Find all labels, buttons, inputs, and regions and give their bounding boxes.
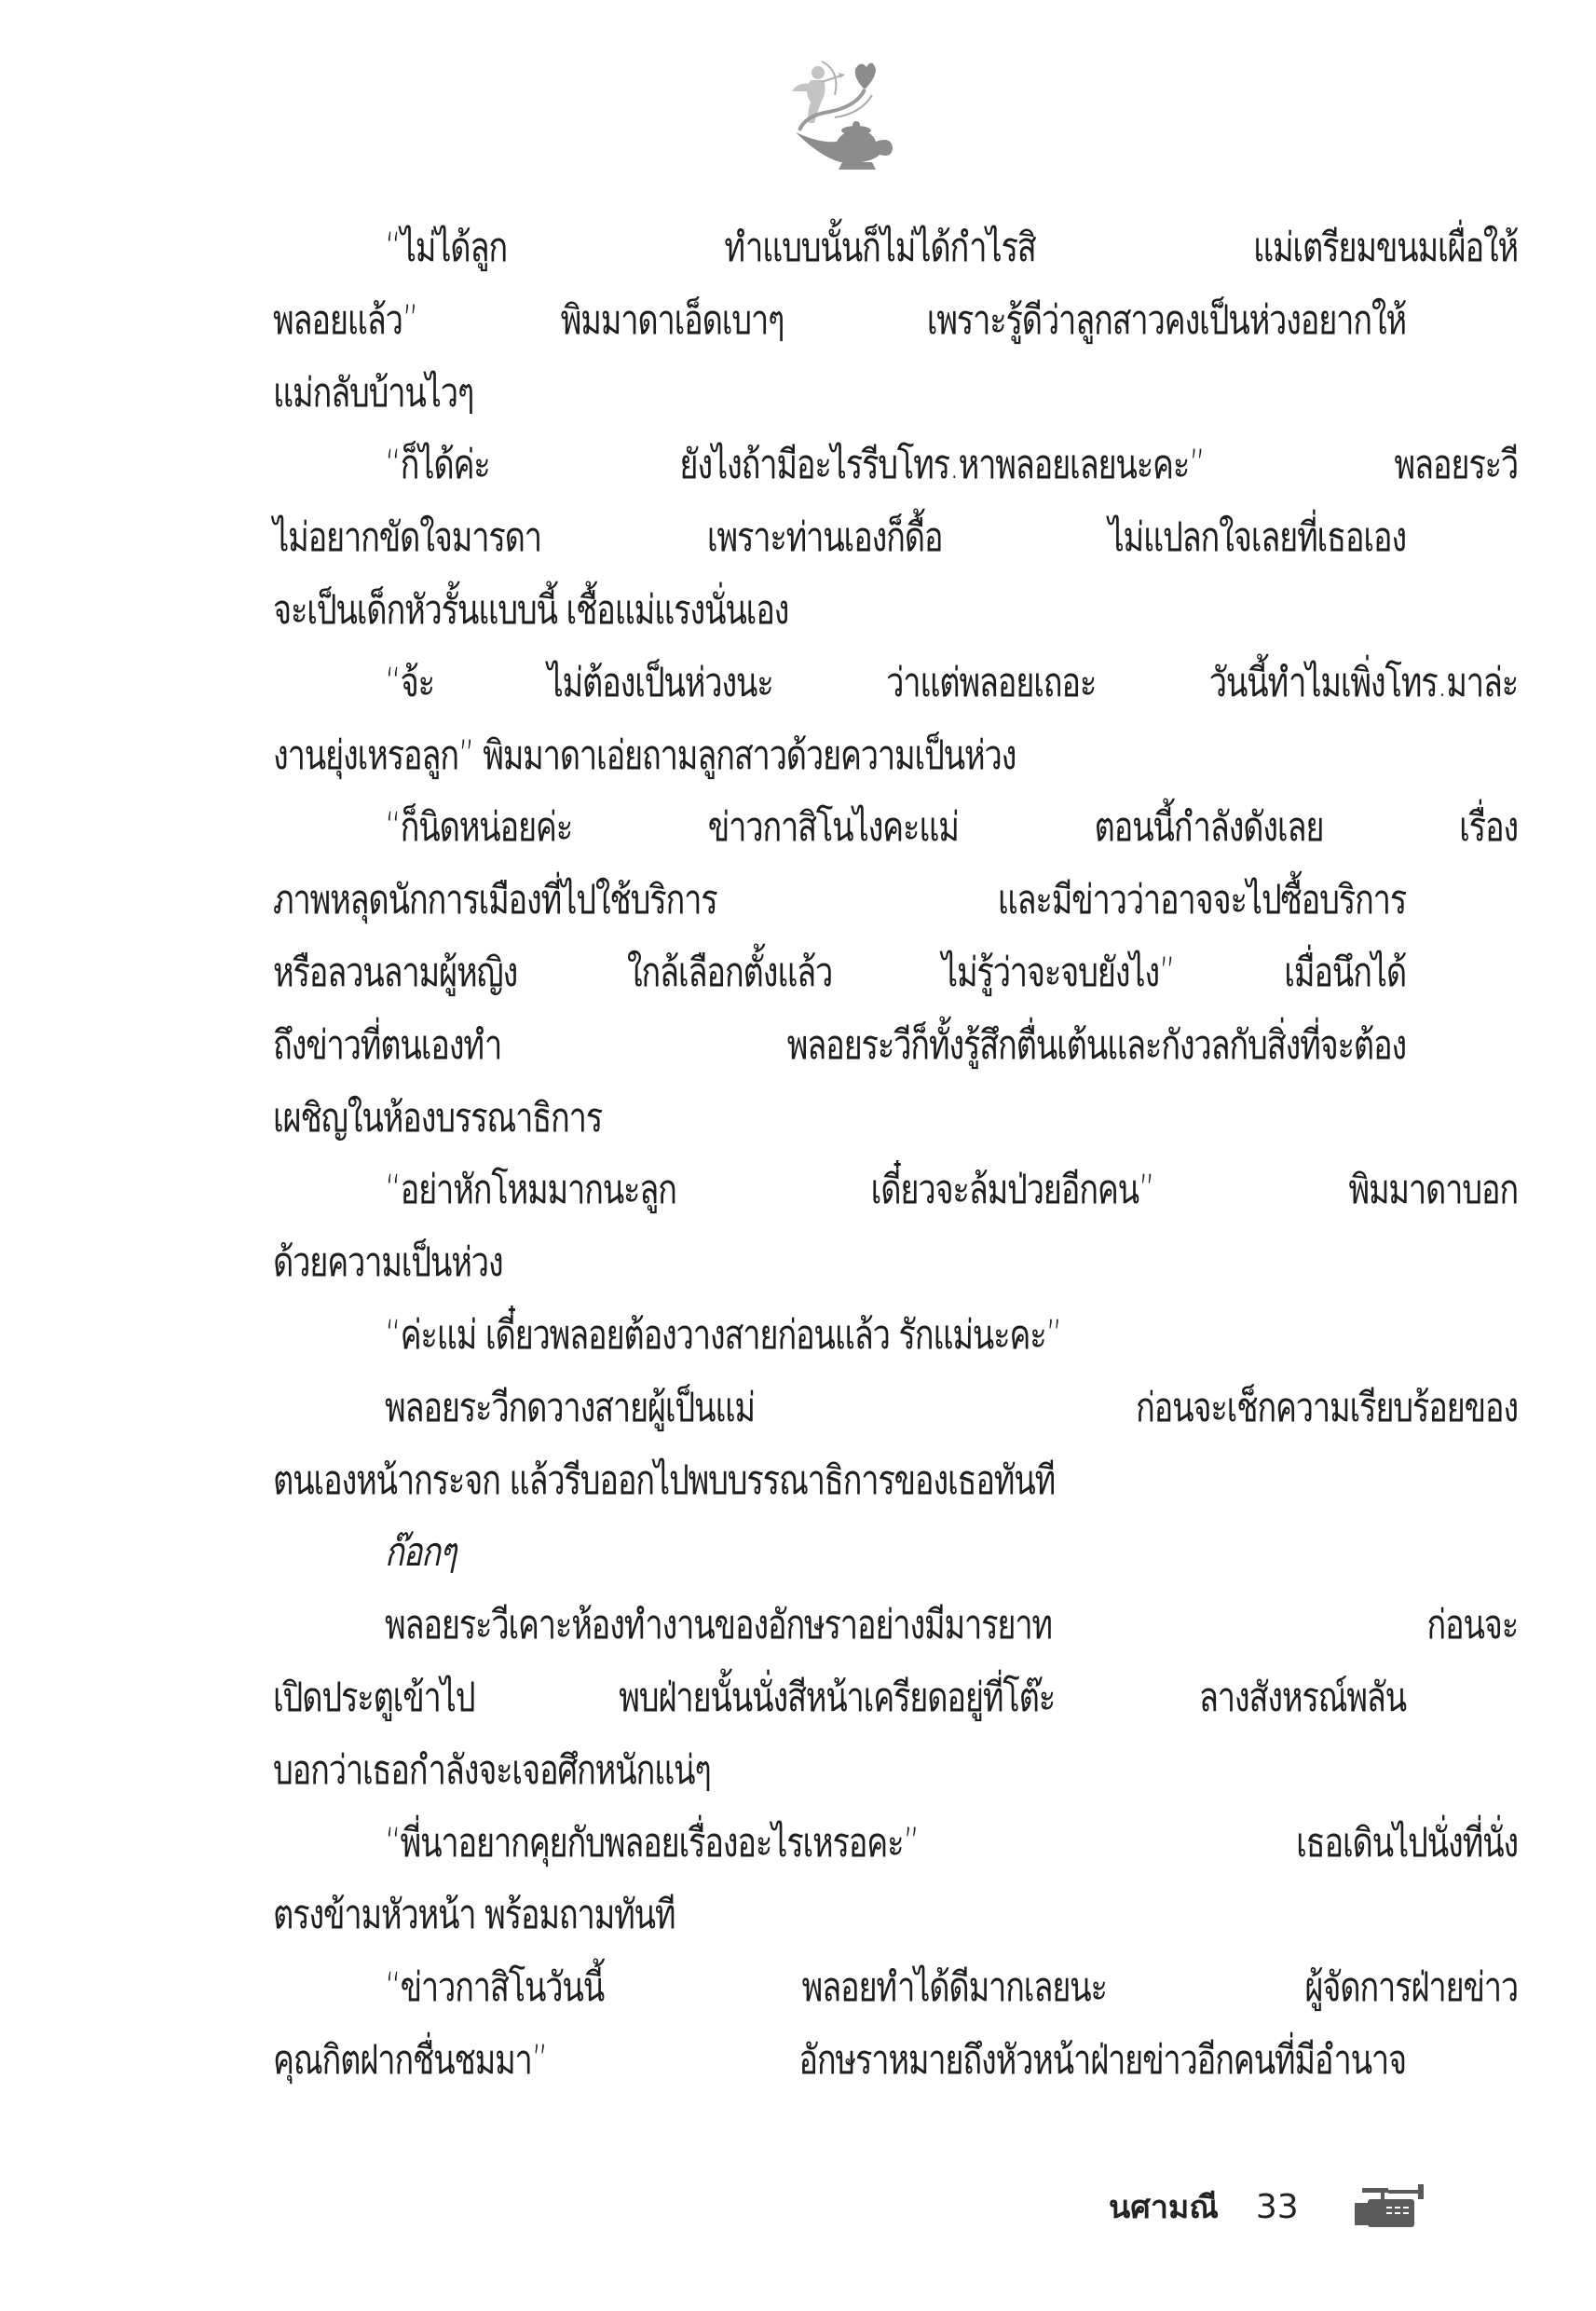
- text-line: พลอยระวีกดวางสายผู้เป็นแม่ ก่อนจะเช็กควา…: [273, 1373, 1518, 1445]
- text-line: จะเป็นเด็กหัวรั้นแบบนี้ เชื้อแม่แรงนั่นเ…: [273, 575, 1180, 648]
- genie-lamp-cupid-logo-icon: [783, 54, 899, 171]
- text-line: บอกว่าเธอกำลังจะเจอศึกหนักแน่ๆ: [273, 1735, 1180, 1808]
- text-line: “ข่าวกาสิโนวันนี้ พลอยทำได้ดีมากเลยนะ ผู…: [273, 1952, 1518, 2025]
- text-line: ก๊อกๆ: [273, 1517, 1180, 1590]
- text-line: ตนเองหน้ากระจก แล้วรีบออกไปพบบรรณาธิการข…: [273, 1445, 1180, 1518]
- video-camera-icon: [1353, 2184, 1427, 2229]
- text-line: เปิดประตูเข้าไป พบฝ่ายนั้นนั่งสีหน้าเครี…: [273, 1662, 1406, 1735]
- text-line: ไม่อยากขัดใจมารดา เพราะท่านเองก็ดื้อ ไม่…: [273, 502, 1406, 575]
- text-line: “จ้ะ ไม่ต้องเป็นห่วงนะ ว่าแต่พลอยเถอะ วั…: [273, 648, 1518, 720]
- text-line: “ก็นิดหน่อยค่ะ ข่าวกาสิโนไงคะแม่ ตอนนี้ก…: [273, 792, 1518, 865]
- text-line: “ก็ได้ค่ะ ยังไงถ้ามีอะไรรีบโทร.หาพลอยเลย…: [273, 430, 1518, 502]
- page-footer: นศามณี 33: [1109, 2179, 1427, 2235]
- book-title: นศามณี: [1109, 2181, 1219, 2232]
- text-line: “พี่นาอยากคุยกับพลอยเรื่องอะไรเหรอคะ” เธ…: [273, 1808, 1518, 1880]
- text-line: คุณกิตฝากชื่นชมมา” อักษราหมายถึงหัวหน้าฝ…: [273, 2025, 1406, 2098]
- text-line: ตรงข้ามหัวหน้า พร้อมถามทันที: [273, 1880, 1180, 1952]
- text-line: พลอยแล้ว” พิมมาดาเอ็ดเบาๆ เพราะรู้ดีว่าล…: [273, 285, 1406, 358]
- page-number: 33: [1256, 2188, 1299, 2226]
- text-line: เผชิญในห้องบรรณาธิการ: [273, 1083, 1180, 1155]
- text-line: ภาพหลุดนักการเมืองที่ไปใช้บริการ และมีข่…: [273, 865, 1406, 937]
- text-line: หรือลวนลามผู้หญิง ใกล้เลือกตั้งแล้ว ไม่ร…: [273, 937, 1406, 1010]
- text-line: “อย่าหักโหมมากนะลูก เดี๋ยวจะล้มป่วยอีกคน…: [273, 1155, 1518, 1227]
- text-line: พลอยระวีเคาะห้องทำงานของอักษราอย่างมีมาร…: [273, 1590, 1518, 1662]
- text-line: ด้วยความเป็นห่วง: [273, 1227, 1180, 1300]
- text-line: แม่กลับบ้านไวๆ: [273, 358, 1180, 431]
- text-line: งานยุ่งเหรอลูก” พิมมาดาเอ่ยถามลูกสาวด้วย…: [273, 720, 1180, 793]
- text-line: “ไม่ได้ลูก ทำแบบนั้นก็ไม่ได้กำไรสิ แม่เต…: [273, 212, 1518, 285]
- body-text: “ไม่ได้ลูก ทำแบบนั้นก็ไม่ได้กำไรสิ แม่เต…: [273, 212, 1180, 2098]
- text-line: “ค่ะแม่ เดี๋ยวพลอยต้องวางสายก่อนแล้ว รัก…: [273, 1300, 1180, 1373]
- text-line: ถึงข่าวที่ตนเองทำ พลอยระวีก็ทั้งรู้สึกตื…: [273, 1010, 1406, 1083]
